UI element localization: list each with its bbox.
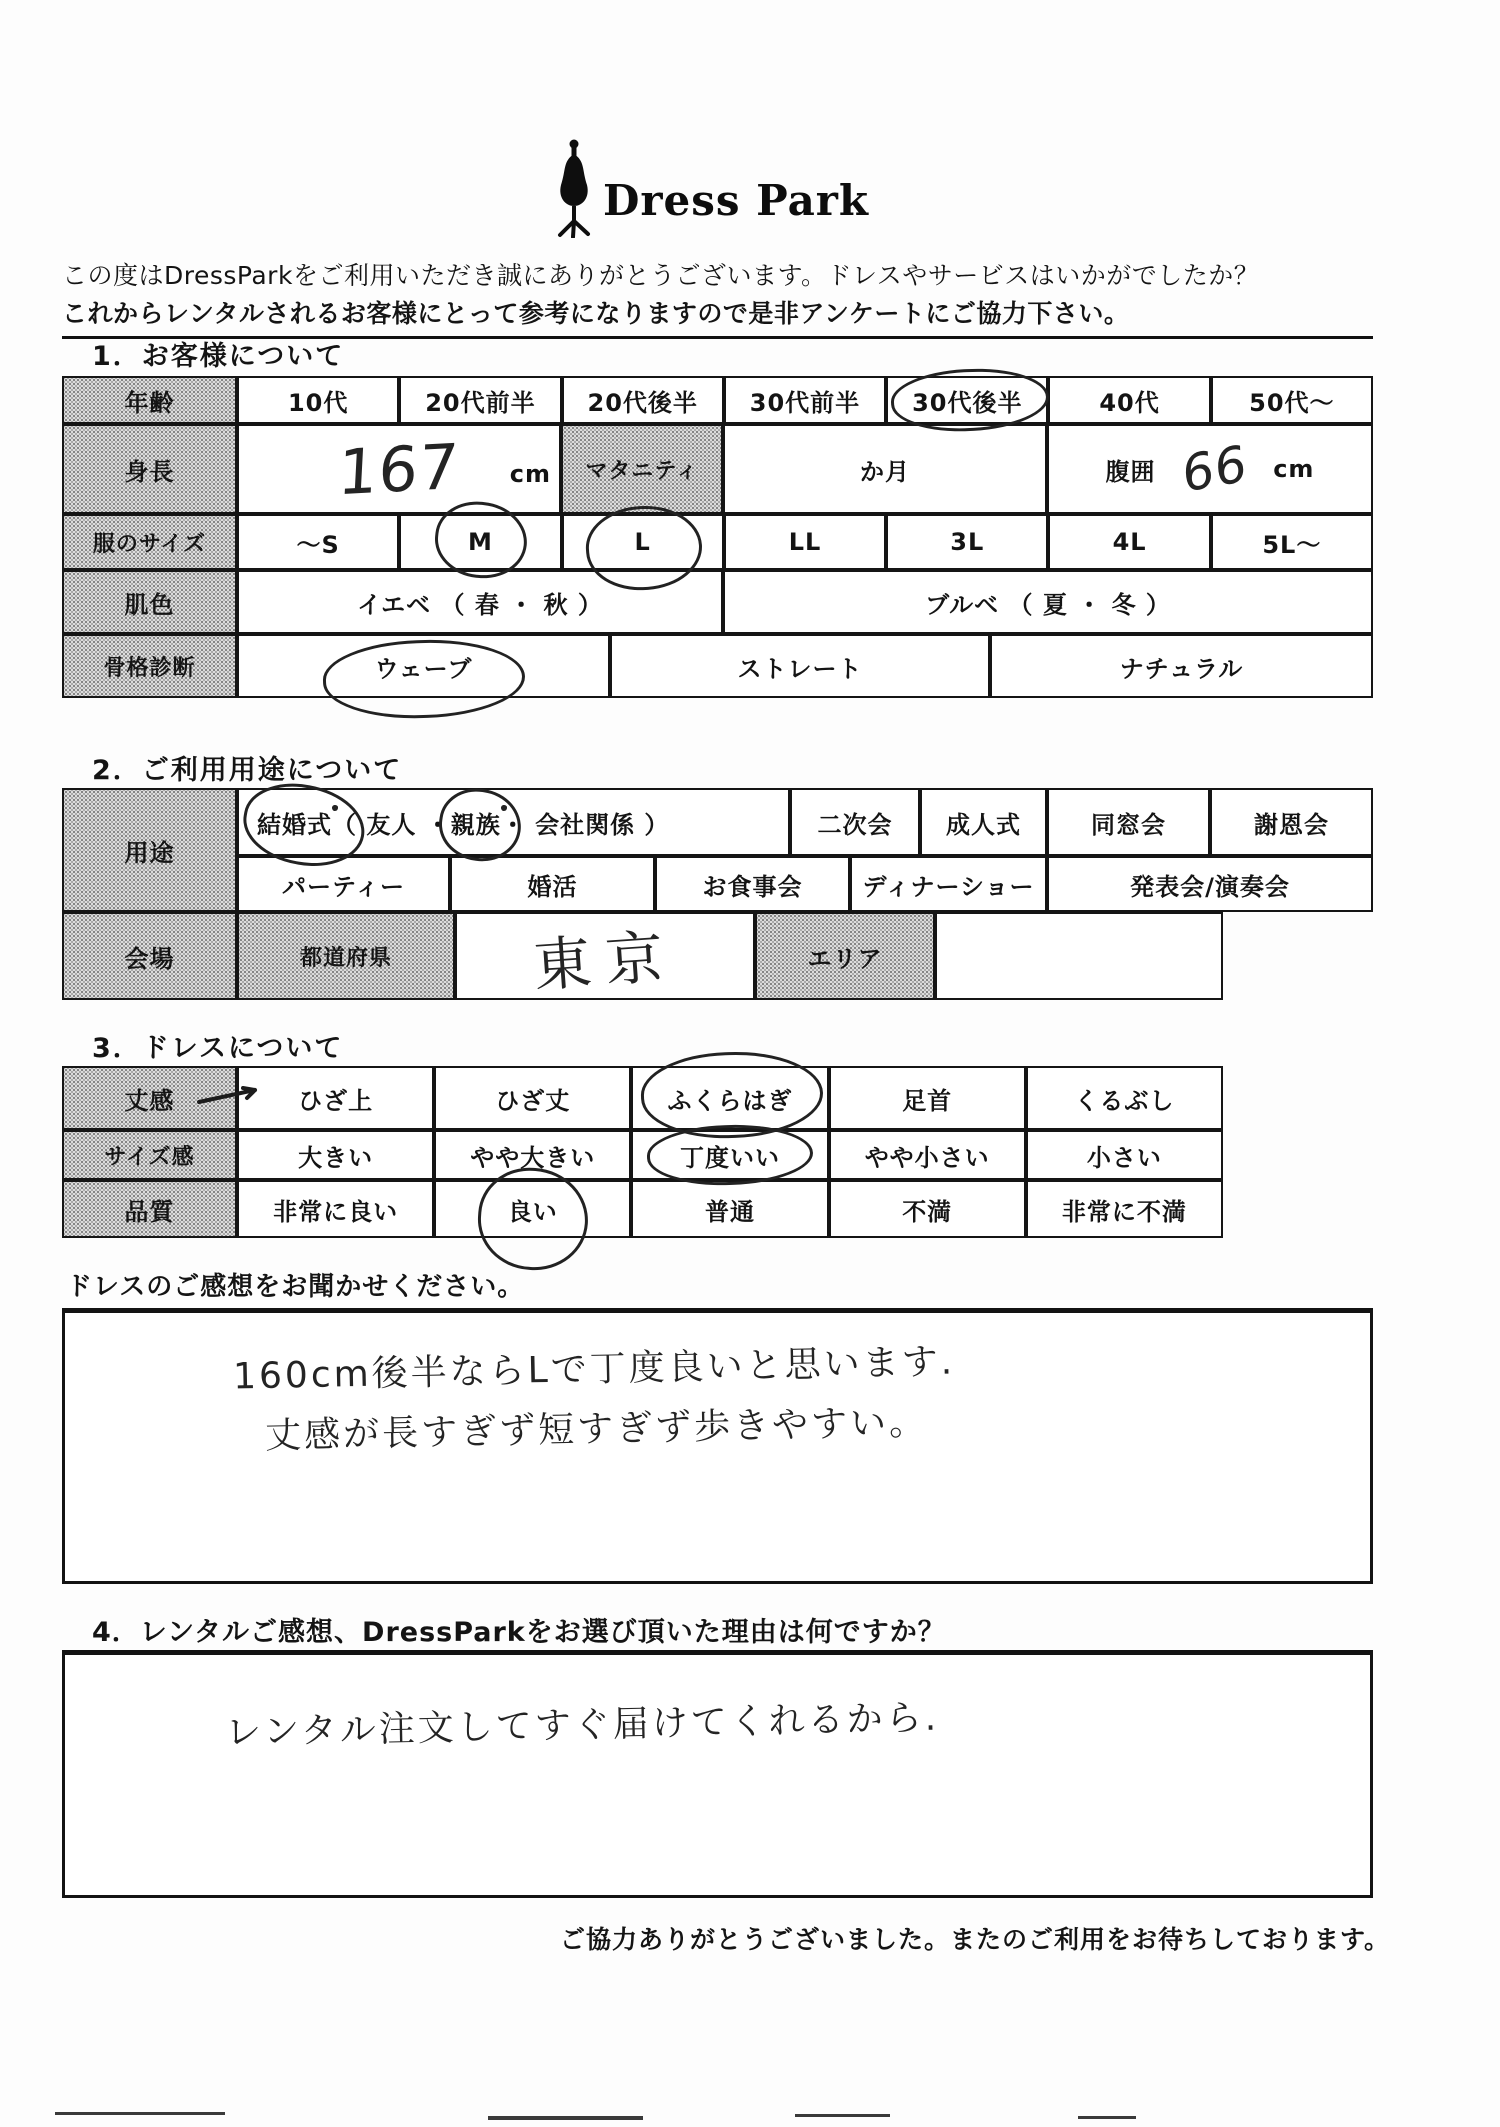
- purpose-wedding-cell: 結婚式 （ 友人 ・ 親族 ・ 会社関係 ）: [237, 788, 790, 856]
- intro-line2: これからレンタルされるお客様にとって参考になりますので是非アンケートにご協力下さ…: [62, 294, 1373, 339]
- purpose-wedding-detail-pre: （ 友人 ・: [332, 805, 451, 840]
- section3-heading: 3．ドレスについて: [92, 1026, 343, 1065]
- fit-row: サイズ感 大きい やや大きい 丁度いい やや小さい 小さい: [62, 1130, 1223, 1180]
- purpose-row1: 結婚式 （ 友人 ・ 親族 ・ 会社関係 ） 二次会 成人式 同窓会 謝恩会: [237, 788, 1373, 856]
- age-option-late-30s: 30代後半: [886, 376, 1048, 424]
- skin-option-blue-base: ブルベ （ 夏 ・ 冬 ）: [723, 570, 1373, 634]
- survey-page: Dress Park この度はDressParkをご利用いただき誠にありがとうご…: [0, 0, 1500, 2127]
- reason-box: レンタル注文してすぐ届けてくれるから.: [62, 1650, 1373, 1898]
- waist-cell: 腹囲 66 cm: [1047, 424, 1373, 514]
- maternity-months-cell: か月: [723, 424, 1047, 514]
- quality-option-dissatisfied: 不満: [829, 1180, 1026, 1238]
- skin-option-yellow-base: イエベ （ 春 ・ 秋 ）: [237, 570, 723, 634]
- size-option-m: M: [399, 514, 561, 570]
- length-option-calf-label: ふくらはぎ: [667, 1081, 792, 1116]
- purpose-block: 用途 結婚式 （ 友人 ・ 親族 ・ 会社関係 ）: [62, 788, 1373, 912]
- area-value-cell: [935, 912, 1223, 1000]
- height-unit: cm: [510, 460, 551, 488]
- purpose-option-recital: 発表会/演奏会: [1047, 856, 1373, 912]
- scan-artifact-dash: [795, 2114, 890, 2117]
- size-option-m-label: M: [468, 528, 493, 556]
- purpose-option-party: パーティー: [237, 856, 450, 912]
- logo-text: Dress Park: [603, 176, 869, 225]
- customer-table: 年齢 10代 20代前半 20代後半 30代前半 30代後半 40代 50代～ …: [62, 376, 1373, 698]
- scan-artifact-dash: [1078, 2116, 1136, 2119]
- purpose-wedding-label: 結婚式: [257, 811, 332, 839]
- dress-comment-label: ドレスのご感想をお聞かせください。: [66, 1266, 524, 1303]
- age-option-50s: 50代～: [1211, 376, 1373, 424]
- skeleton-label: 骨格診断: [62, 634, 237, 698]
- fit-option-big: 大きい: [237, 1130, 434, 1180]
- skeleton-option-straight: ストレート: [610, 634, 990, 698]
- height-label: 身長: [62, 424, 237, 514]
- quality-label: 品質: [62, 1180, 237, 1238]
- purpose-option-coming-of-age: 成人式: [920, 788, 1047, 856]
- section2-heading: 2．ご利用用途について: [92, 748, 402, 787]
- purpose-relative: 親族: [451, 805, 501, 840]
- age-option-late-20s: 20代後半: [562, 376, 724, 424]
- skeleton-option-wave-label: ウェーブ: [375, 649, 473, 684]
- intro-line1: この度はDressParkをご利用いただき誠にありがとうございます。ドレスやサー…: [62, 256, 1373, 292]
- logo: Dress Park: [0, 138, 1460, 238]
- size-option-4l: 4L: [1048, 514, 1210, 570]
- length-row: 丈感 ひざ上 ひざ丈 ふくらはぎ 足首 くるぶし: [62, 1066, 1223, 1130]
- purpose-relative-label: 親族: [451, 811, 501, 839]
- fit-label: サイズ感: [62, 1130, 237, 1180]
- purpose-options: 結婚式 （ 友人 ・ 親族 ・ 会社関係 ） 二次会 成人式 同窓会 謝恩会: [237, 788, 1373, 912]
- quality-option-good-label: 良い: [508, 1192, 558, 1227]
- size-option-5l: 5L～: [1211, 514, 1373, 570]
- quality-option-good: 良い: [434, 1180, 631, 1238]
- scan-artifact-dash: [488, 2116, 643, 2120]
- prefecture-label: 都道府県: [237, 912, 455, 1000]
- age-option-40s: 40代: [1048, 376, 1210, 424]
- scan-artifact-dash: [55, 2112, 225, 2115]
- waist-unit: cm: [1273, 455, 1314, 483]
- height-row: 身長 167 cm マタニティ か月 腹囲 66 cm: [62, 424, 1373, 514]
- waist-label: 腹囲: [1106, 452, 1156, 487]
- age-option-10s: 10代: [237, 376, 399, 424]
- fit-option-small: 小さい: [1026, 1130, 1223, 1180]
- length-option-anklebone: くるぶし: [1026, 1066, 1223, 1130]
- handwritten-dress-comment-line2: 丈感が長すぎず短すぎず歩きやすい。: [265, 1394, 929, 1459]
- skin-label: 肌色: [62, 570, 237, 634]
- length-label: 丈感: [62, 1066, 237, 1130]
- size-option-l: L: [562, 514, 724, 570]
- section1-heading: 1．お客様について: [92, 334, 344, 373]
- height-value-cell: 167 cm: [237, 424, 561, 514]
- purpose-row2: パーティー 婚活 お食事会 ディナーショー 発表会/演奏会: [237, 856, 1373, 912]
- size-label: 服のサイズ: [62, 514, 237, 570]
- quality-row: 品質 非常に良い 良い 普通 不満 非常に不満: [62, 1180, 1223, 1238]
- purpose-option-afterparty: 二次会: [790, 788, 920, 856]
- length-label-text: 丈感: [125, 1081, 175, 1116]
- skeleton-row: 骨格診断 ウェーブ ストレート ナチュラル: [62, 634, 1373, 698]
- handwritten-reason-line1: レンタル注文してすぐ届けてくれるから.: [225, 1690, 940, 1756]
- fit-option-just-right: 丁度いい: [631, 1130, 828, 1180]
- length-option-calf: ふくらはぎ: [631, 1066, 828, 1130]
- age-option-late-30s-label: 30代後半: [912, 383, 1022, 418]
- fit-option-slightly-small: やや小さい: [829, 1130, 1026, 1180]
- quality-option-very-dissatisfied: 非常に不満: [1026, 1180, 1223, 1238]
- skeleton-option-natural: ナチュラル: [990, 634, 1373, 698]
- purpose-option-dinner: お食事会: [655, 856, 850, 912]
- size-option-l-label: L: [635, 528, 651, 556]
- size-option-s: ～S: [237, 514, 399, 570]
- venue-label: 会場: [62, 912, 237, 1000]
- closing-text: ご協力ありがとうございました。またのご利用をお待ちしております。: [0, 1920, 1390, 1956]
- dress-comment-box: 160cm後半ならLで丁度良いと思います. 丈感が長すぎず短すぎず歩きやすい。: [62, 1308, 1373, 1584]
- dress-table: 丈感 ひざ上 ひざ丈 ふくらはぎ 足首 くるぶし サイズ感 大きい やや大きい …: [62, 1066, 1223, 1238]
- area-label: エリア: [755, 912, 935, 1000]
- purpose-option-dinner-show: ディナーショー: [850, 856, 1047, 912]
- fit-option-slightly-big: やや大きい: [434, 1130, 631, 1180]
- age-option-early-30s: 30代前半: [724, 376, 886, 424]
- handwritten-dress-comment-line1: 160cm後半ならLで丁度良いと思います.: [233, 1333, 956, 1399]
- age-option-early-20s: 20代前半: [399, 376, 561, 424]
- maternity-label: マタニティ: [561, 424, 723, 514]
- dress-form-icon: [551, 138, 597, 238]
- size-option-3l: 3L: [886, 514, 1048, 570]
- handwritten-waist: 66: [1181, 434, 1248, 504]
- length-option-knee: ひざ丈: [434, 1066, 631, 1130]
- size-row: 服のサイズ ～S M L LL 3L 4L 5L～: [62, 514, 1373, 570]
- prefecture-value-cell: 東京: [455, 912, 755, 1000]
- venue-row: 会場 都道府県 東京 エリア: [62, 912, 1223, 1000]
- age-label: 年齢: [62, 376, 237, 424]
- purpose-option-thanks-party: 謝恩会: [1210, 788, 1373, 856]
- size-option-ll: LL: [724, 514, 886, 570]
- length-option-above-knee: ひざ上: [237, 1066, 434, 1130]
- fit-option-just-right-label: 丁度いい: [680, 1138, 780, 1173]
- purpose-option-reunion: 同窓会: [1047, 788, 1210, 856]
- length-option-ankle: 足首: [829, 1066, 1026, 1130]
- handwritten-height: 167: [336, 429, 461, 509]
- age-row: 年齢 10代 20代前半 20代後半 30代前半 30代後半 40代 50代～: [62, 376, 1373, 424]
- handwritten-prefecture: 東京: [530, 909, 680, 1003]
- purpose-wedding-detail-post: ・ 会社関係 ）: [501, 805, 670, 840]
- skin-row: 肌色 イエベ （ 春 ・ 秋 ） ブルベ （ 夏 ・ 冬 ）: [62, 570, 1373, 634]
- purpose-wedding: 結婚式: [257, 805, 332, 840]
- purpose-label: 用途: [62, 788, 237, 912]
- purpose-option-konkatsu: 婚活: [450, 856, 655, 912]
- usage-table: 用途 結婚式 （ 友人 ・ 親族 ・ 会社関係 ）: [62, 788, 1373, 1000]
- quality-option-normal: 普通: [631, 1180, 828, 1238]
- quality-option-very-good: 非常に良い: [237, 1180, 434, 1238]
- section4-heading: 4．レンタルご感想、DressParkをお選び頂いた理由は何ですか？: [92, 1610, 946, 1649]
- skeleton-option-wave: ウェーブ: [237, 634, 610, 698]
